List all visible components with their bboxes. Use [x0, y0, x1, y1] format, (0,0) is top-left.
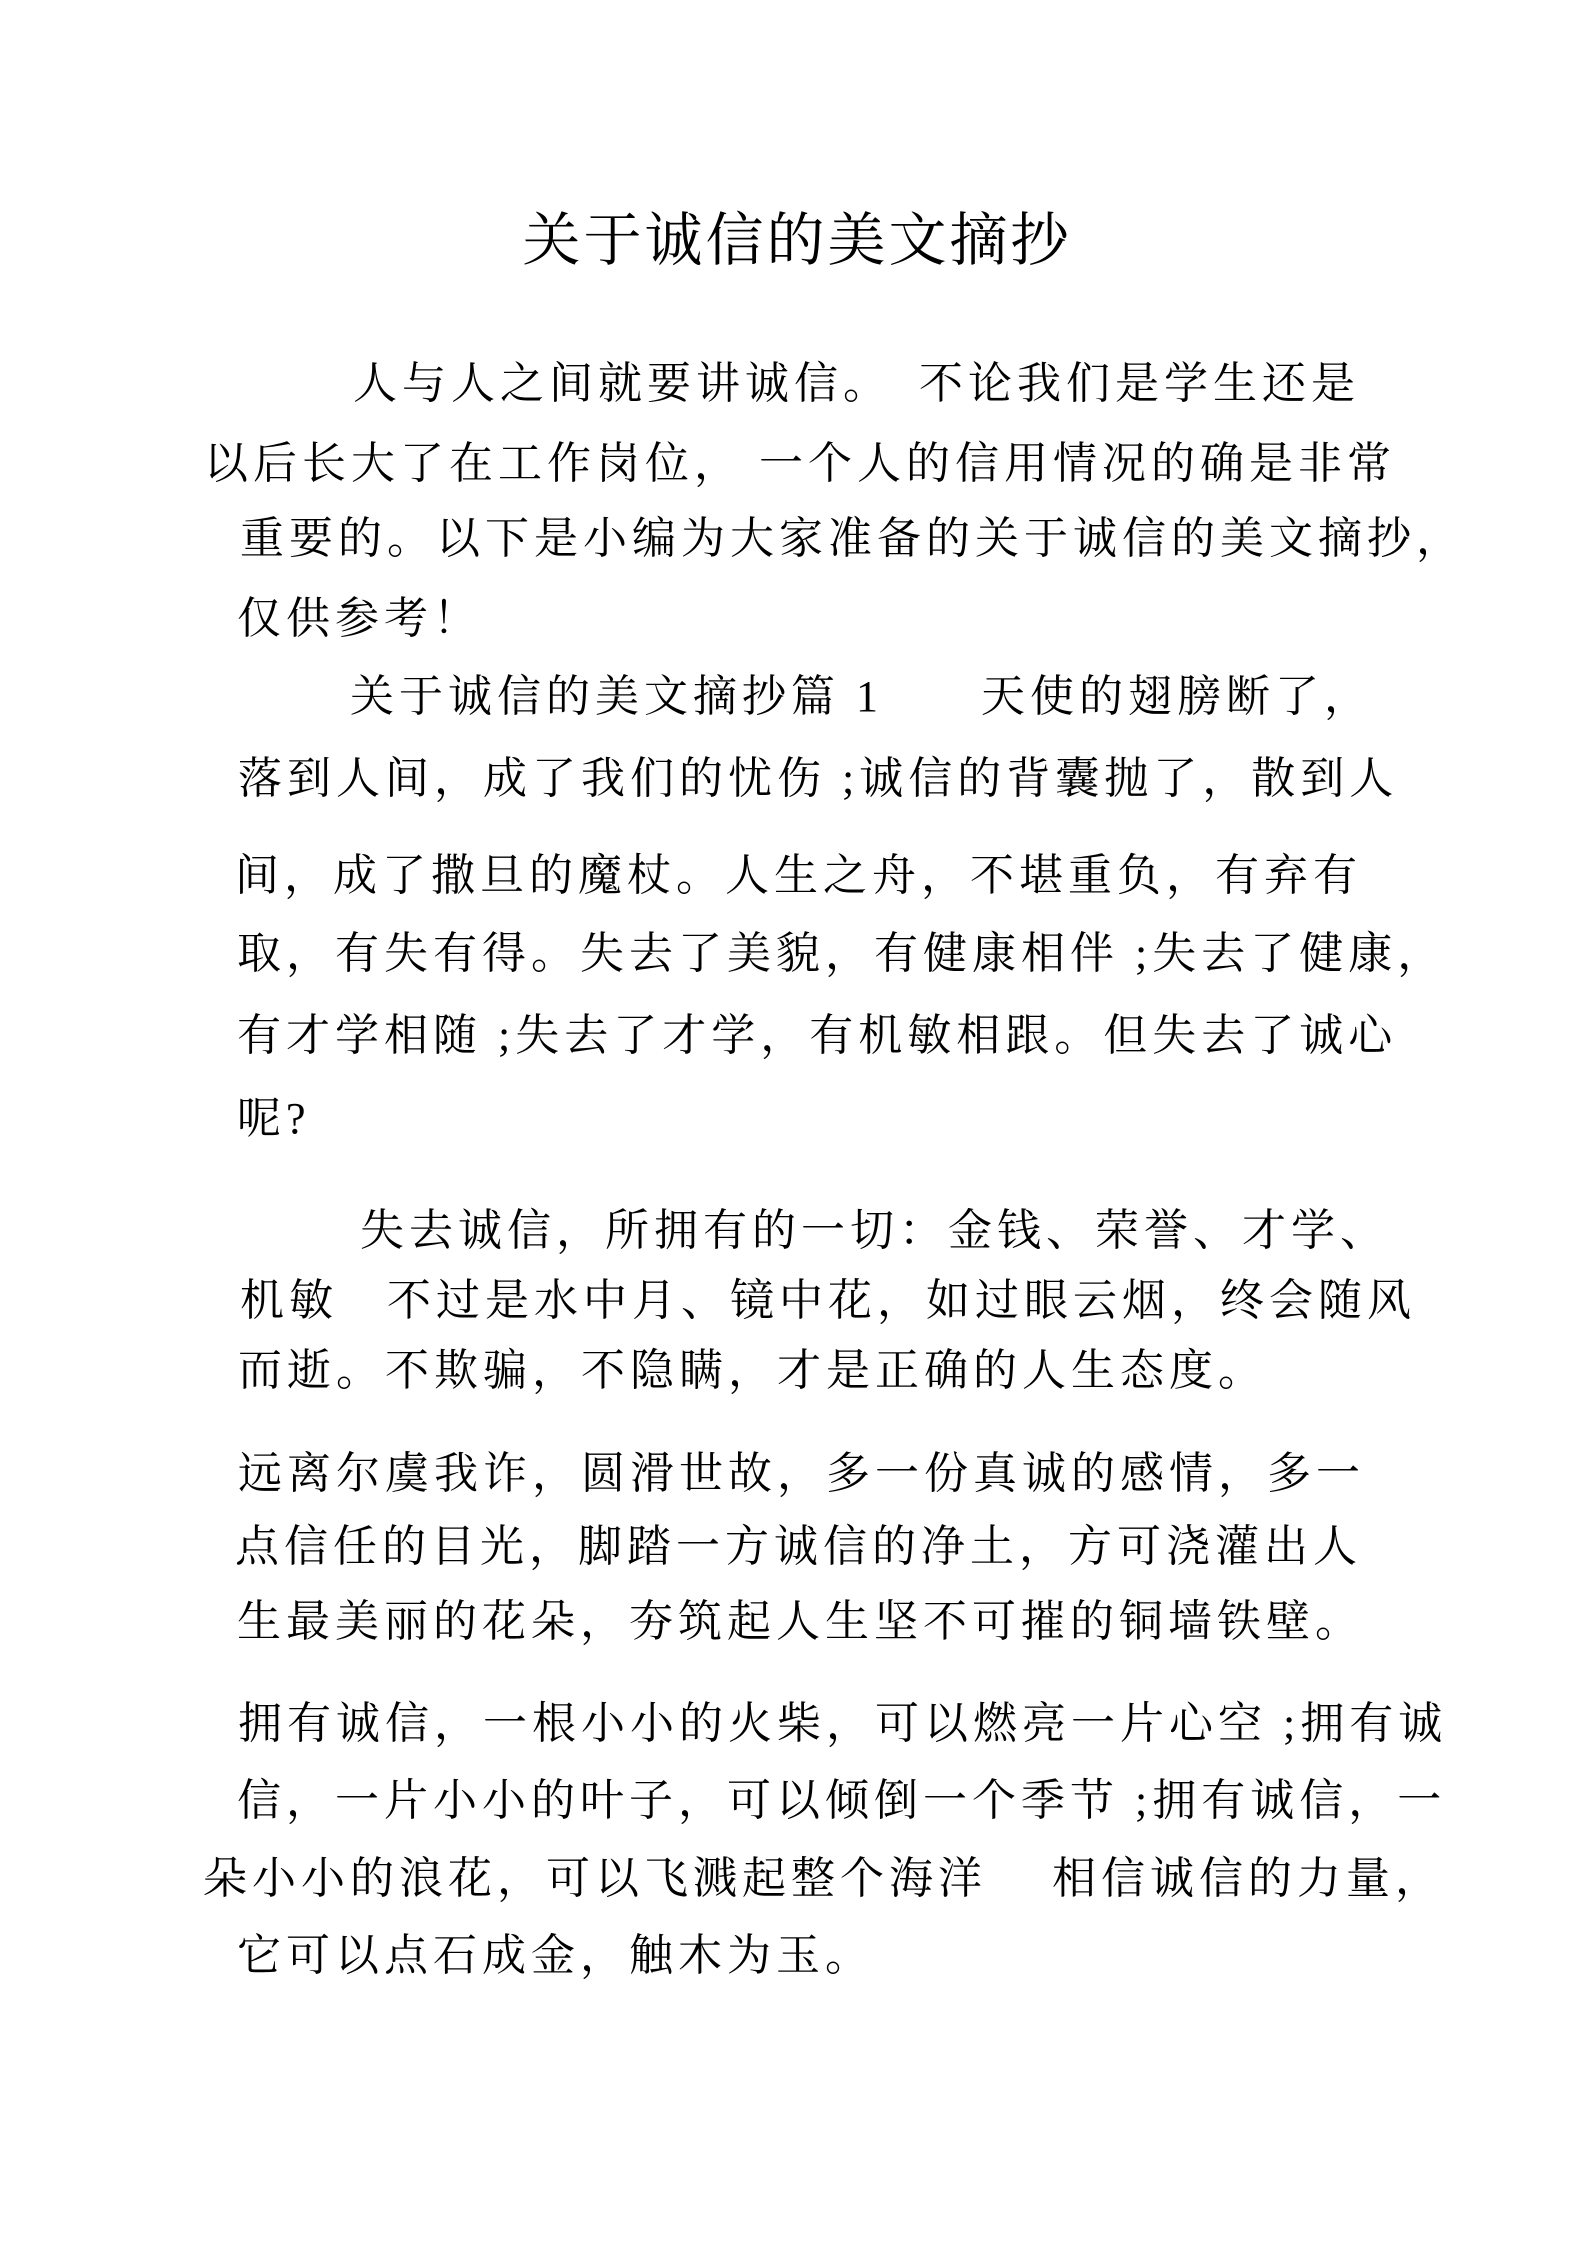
page-title: 关于诚信的美文摘抄 — [0, 212, 1594, 270]
text-line-13: 而逝。不欺骗，不隐瞒，才是正确的人生态度。 — [238, 1347, 1267, 1395]
text-line-12: 机敏 不过是水中月、镜中花，如过眼云烟，终会随风 — [240, 1277, 1416, 1325]
text-line-20: 它可以点石成金，触木为玉。 — [237, 1932, 874, 1980]
text-line-5: 关于诚信的美文摘抄篇 1 天使的翅膀断了， — [350, 673, 1373, 721]
text-line-2: 以后长大了在工作岗位， 一个人的信用情况的确是非常 — [204, 440, 1396, 488]
text-line-1: 人与人之间就要讲诚信。 不论我们是学生还是 — [353, 360, 1360, 408]
text-line-4: 仅供参考！ — [237, 595, 482, 643]
text-line-6: 落到人间，成了我们的忧伤 ;诚信的背囊抛了，散到人 — [238, 755, 1398, 803]
text-line-8: 取，有失有得。失去了美貌，有健康相伴 ;失去了健康， — [237, 930, 1446, 978]
text-line-16: 生最美丽的花朵，夯筑起人生坚不可摧的铜墙铁壁。 — [237, 1598, 1364, 1646]
document-page: 关于诚信的美文摘抄 人与人之间就要讲诚信。 不论我们是学生还是 以后长大了在工作… — [0, 0, 1594, 2255]
text-line-11: 失去诚信，所拥有的一切：金钱、荣誉、才学、 — [360, 1207, 1389, 1255]
text-line-10: 呢? — [237, 1095, 311, 1143]
text-line-17: 拥有诚信，一根小小的火柴，可以燃亮一片心空 ;拥有诚 — [238, 1700, 1447, 1748]
text-line-19: 朵小小的浪花，可以飞溅起整个海洋 相信诚信的力量， — [203, 1855, 1444, 1903]
text-line-3: 重要的。以下是小编为大家准备的关于诚信的美文摘抄， — [240, 515, 1465, 563]
text-line-14: 远离尔虞我诈，圆滑世故，多一份真诚的感情，多一 — [238, 1450, 1365, 1498]
text-line-18: 信，一片小小的叶子，可以倾倒一个季节 ;拥有诚信，一 — [237, 1777, 1446, 1825]
text-line-9: 有才学相随 ;失去了才学，有机敏相跟。但失去了诚心 — [237, 1012, 1397, 1060]
text-line-7: 间，成了撒旦的魔杖。人生之舟，不堪重负，有弃有 — [235, 852, 1362, 900]
text-line-15: 点信任的目光，脚踏一方诚信的净土，方可浇灌出人 — [235, 1523, 1362, 1571]
